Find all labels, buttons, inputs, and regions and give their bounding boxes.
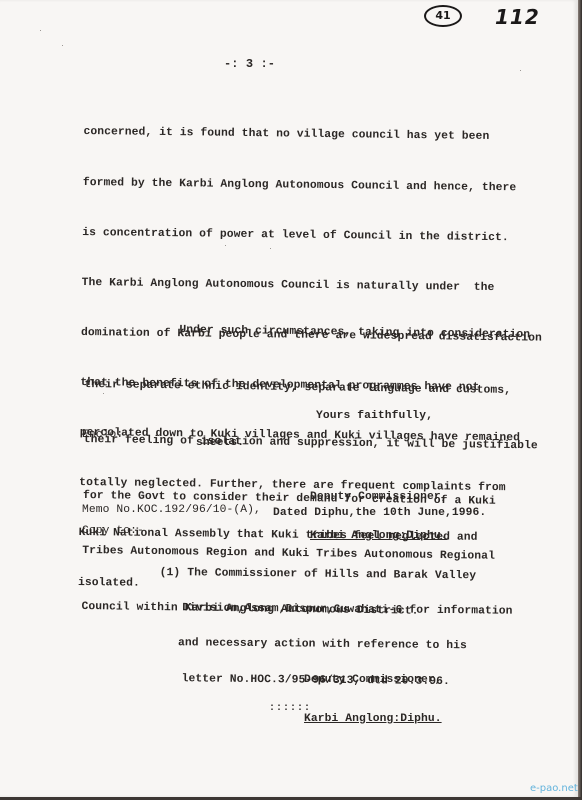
scan-edge-right xyxy=(578,0,582,800)
copy-to-label: Copy to:- xyxy=(82,525,144,537)
scan-speck xyxy=(40,30,41,31)
handwritten-page-number: 112 xyxy=(495,5,540,29)
end-mark: :::::: xyxy=(269,703,311,714)
paragraph-2-line: Under such circumstances, taking into co… xyxy=(85,320,539,345)
scan-speck xyxy=(520,70,521,71)
scan-speck xyxy=(270,248,271,249)
copy-to-item-line: (1) The Commissioner of Hills and Barak … xyxy=(160,568,513,583)
scan-speck xyxy=(225,245,226,246)
closing-salutation: Yours faithfully, xyxy=(316,410,433,422)
watermark: e-pao.net xyxy=(530,783,578,794)
memo-date: Dated Diphu,the 10th June,1996. xyxy=(273,507,486,519)
document-page: 41 112 -: 3 :- concerned, it is found th… xyxy=(0,0,578,797)
enclosure-value: sheets. xyxy=(196,437,244,449)
signature-block-2: Deputy Commissioner, Karbi Anglong:Diphu… xyxy=(304,648,442,752)
signature-office: Karbi Anglong:Diphu. xyxy=(310,530,448,543)
scan-speck xyxy=(62,45,63,46)
paragraph-2-line: their feeling of isolation and suppressi… xyxy=(84,431,538,456)
signature-office: Karbi Anglong:Diphu. xyxy=(304,713,442,726)
paragraph-1-line: formed by the Karbi Anglong Autonomous C… xyxy=(83,175,544,197)
paragraph-1-line: is concentration of power at level of Co… xyxy=(82,225,543,247)
paragraph-1-line: concerned, it is found that no village c… xyxy=(83,124,544,146)
signature-title: Deputy Commissioner, xyxy=(304,674,442,687)
page-label: -: 3 :- xyxy=(224,57,275,71)
handwritten-circled-mark: 41 xyxy=(424,5,462,27)
copy-to-item-line: Division,Assam,Dispur,Guwahati-6 for inf… xyxy=(159,603,512,618)
memo-number: Memo No.KOC.192/96/10-(A), xyxy=(82,504,261,516)
enclosure-label: Enclo: xyxy=(82,429,123,441)
signature-title: Deputy Commissioner, xyxy=(310,491,448,504)
paragraph-2-line: their separate ethnic identity, separate… xyxy=(84,375,538,400)
scan-speck xyxy=(103,393,104,394)
